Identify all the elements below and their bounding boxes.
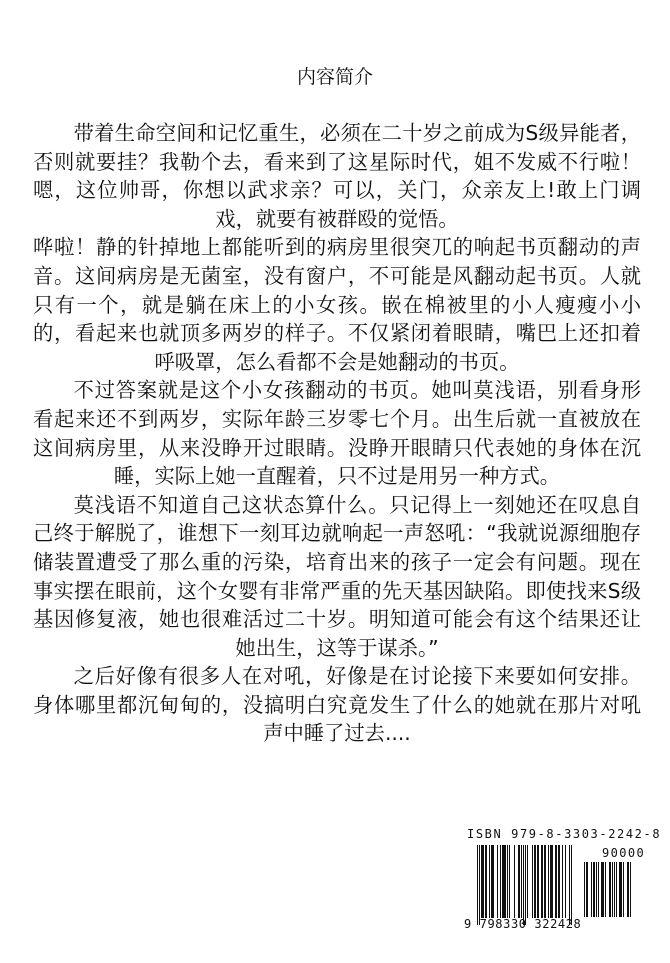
isbn-barcode: ISBN 979-8-3303-2242-8 90000 9 798330 32…: [462, 826, 662, 936]
synopsis-paragraph: 带着生命空间和记忆重生，必须在二十岁之前成为S级异能者，否则就要挂？我勒个去，看…: [33, 119, 641, 233]
synopsis-paragraph: 哗啦！静的针掉地上都能听到的病房里很突兀的响起书页翻动的声音。这间病房是无菌室，…: [33, 233, 641, 376]
synopsis-body: 带着生命空间和记忆重生，必须在二十岁之前成为S级异能者，否则就要挂？我勒个去，看…: [33, 119, 641, 748]
synopsis-paragraph: 不过答案就是这个小女孩翻动的书页。她叫莫浅语，别看身形看起来还不到两岁，实际年龄…: [33, 376, 641, 490]
ean5-addon-bars: [583, 862, 631, 917]
isbn-label: ISBN 979-8-3303-2242-8: [467, 827, 661, 841]
synopsis-paragraph: 之后好像有很多人在对吼，好像是在讨论接下来要如何安排。身体哪里都沉甸甸的，没搞明…: [33, 662, 641, 748]
synopsis-paragraph: 莫浅语不知道自己这状态算什么。只记得上一刻她还在叹息自己终于解脱了，谁想下一刻耳…: [33, 491, 641, 663]
section-title: 内容简介: [0, 64, 670, 90]
price-addon-label: 90000: [602, 846, 645, 860]
ean-digits: 9 798330 322428: [464, 917, 581, 931]
ean13-bars: [477, 845, 572, 925]
